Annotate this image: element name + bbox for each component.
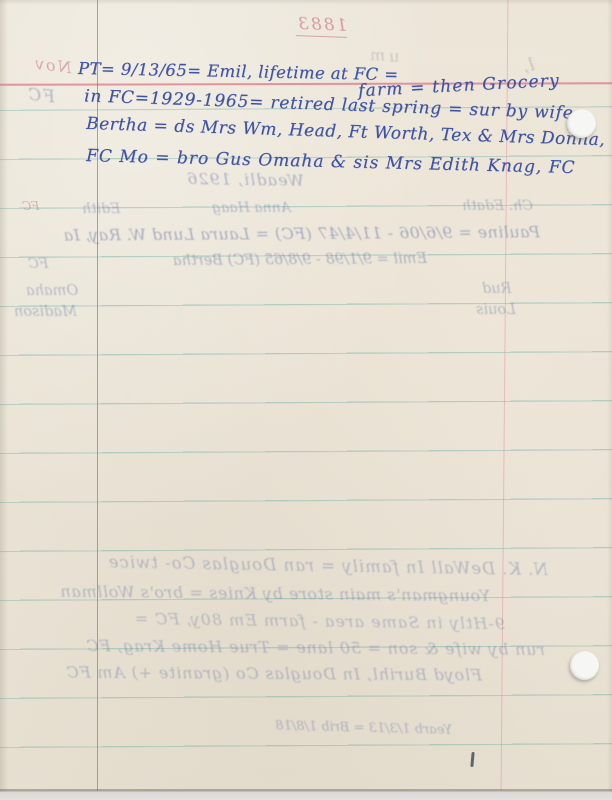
bleed-middle-row-5b: Omaha bbox=[26, 283, 78, 299]
bleed-fc-margin: FC bbox=[22, 199, 40, 213]
bleed-middle-row-4: Emil = 9/1/98 - 9/8/65 (FC) Bertha bbox=[180, 251, 427, 269]
handwritten-line-1a: PT= 9/13/65= Emil, lifetime at FC = bbox=[78, 59, 399, 84]
bleed-middle-row-1: Weadli, 1926 bbox=[170, 169, 320, 191]
scan-edge-top bbox=[0, 0, 612, 5]
bleed-scribble: um bbox=[365, 45, 400, 66]
bleed-bottom-row-5: Floyd Burihl, In Douglas Co (granite +) … bbox=[62, 663, 482, 685]
scanned-index-card: 1883 Nov um l, FC PT= 9/13/65= Emil, lif… bbox=[0, 0, 612, 800]
bleed-fc-topleft: FC bbox=[25, 85, 56, 108]
bleed-middle-row-2c: Edith bbox=[82, 201, 120, 217]
punch-hole-bottom bbox=[570, 651, 599, 680]
scan-edge-left bbox=[0, 0, 8, 800]
bleed-middle-row-4b: FC bbox=[28, 256, 48, 272]
punch-hole-top bbox=[567, 109, 596, 138]
bleed-middle-row-2b: Anna Haag bbox=[212, 200, 291, 216]
scan-edge-bottom bbox=[0, 789, 612, 800]
bleed-middle-row-3: Pauline = 9/6/06 - 11/4/47 (FC) = Laura … bbox=[62, 222, 540, 244]
bleed-middle-row-6a: Louis bbox=[476, 302, 516, 318]
scan-edge-right bbox=[607, 0, 612, 800]
bleed-page-number: 1883 bbox=[296, 14, 348, 38]
bleed-red-scribble: Nov bbox=[32, 54, 73, 78]
bleed-middle-row-5a: Rud bbox=[482, 281, 512, 297]
bleed-middle-row-6b: Madison bbox=[14, 304, 77, 320]
bleed-middle-row-2a: Ch. Edath bbox=[462, 198, 533, 214]
